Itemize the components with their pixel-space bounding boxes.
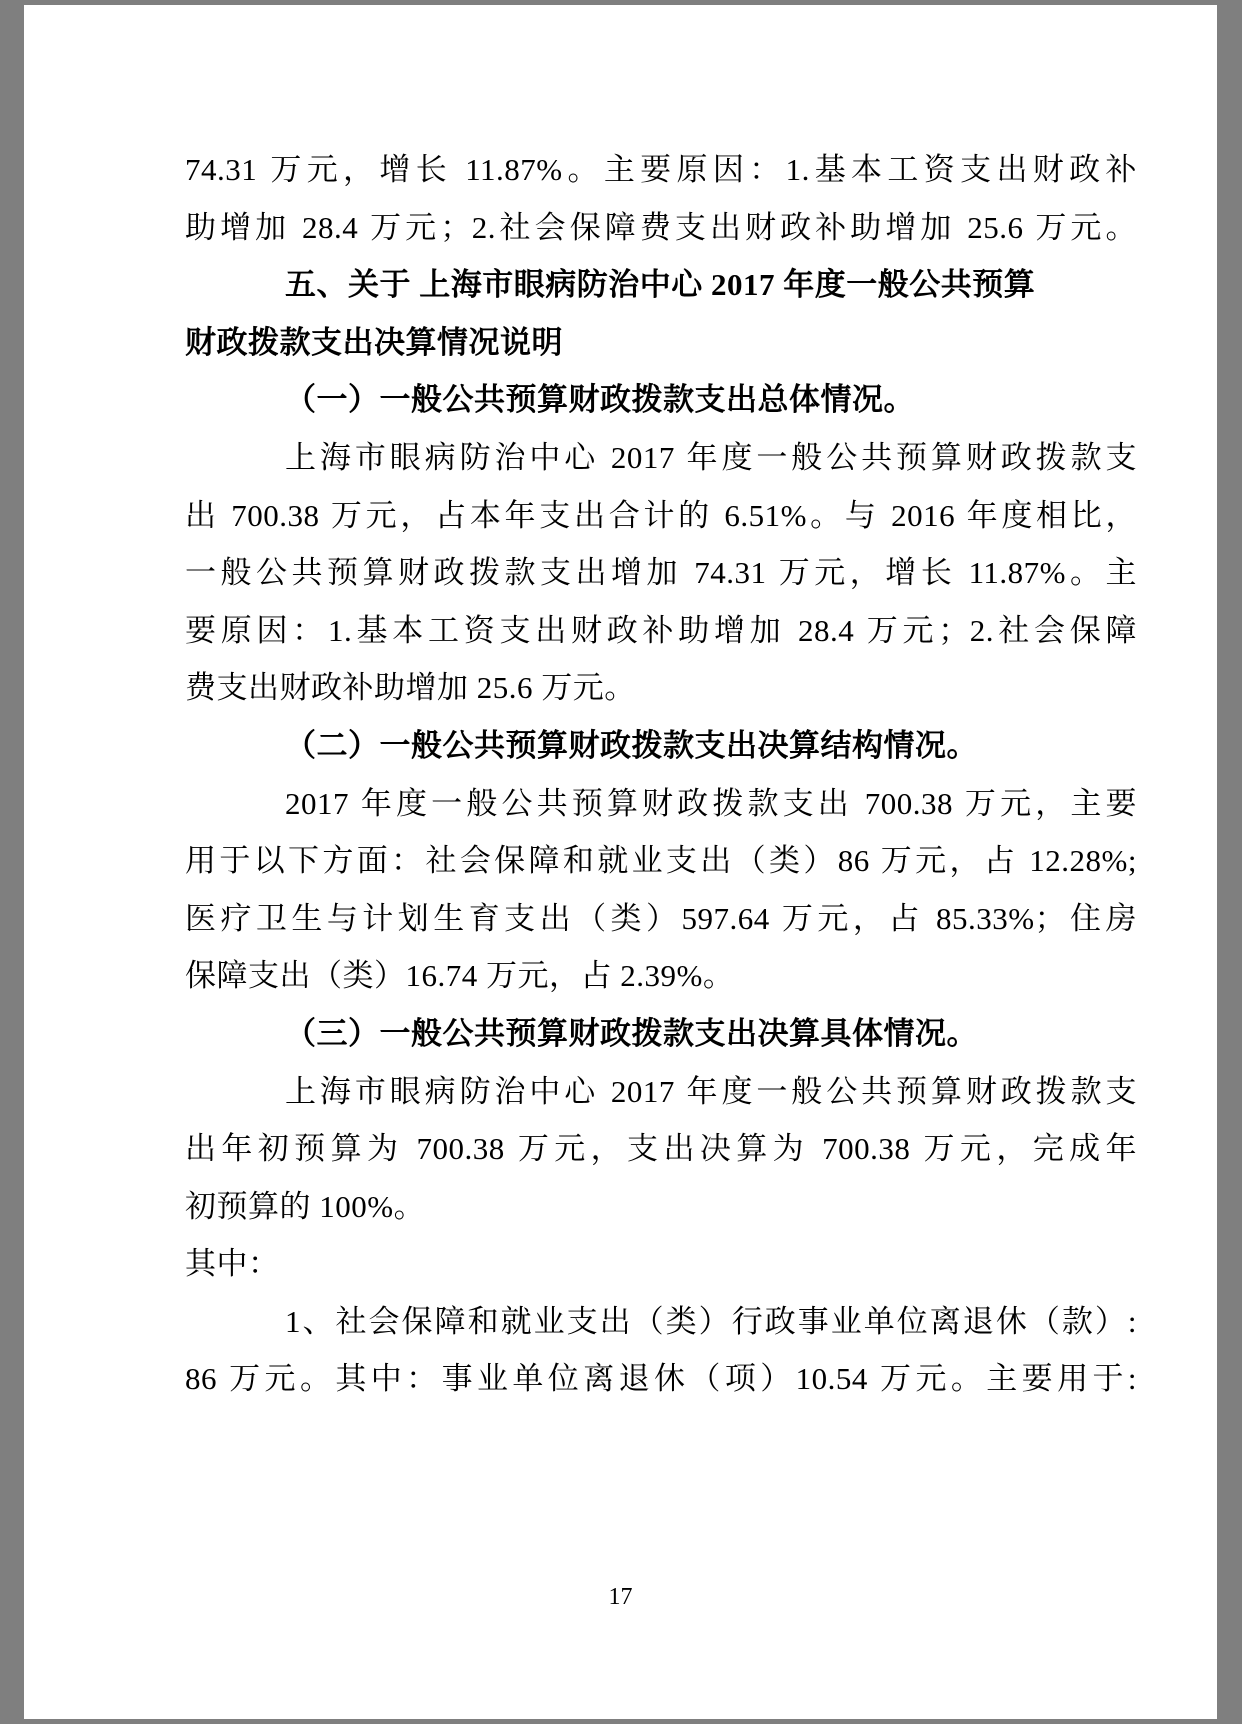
heading-line: 财政拨款支出决算情况说明 bbox=[185, 314, 1137, 372]
text-line: 一般公共预算财政拨款支出增加 74.31 万元，增长 11.87%。主 bbox=[185, 544, 1137, 602]
heading-line: （二）一般公共预算财政拨款支出决算结构情况。 bbox=[185, 717, 1137, 775]
text-line: 保障支出（类）16.74 万元，占 2.39%。 bbox=[185, 947, 1137, 1005]
heading-line: （三）一般公共预算财政拨款支出决算具体情况。 bbox=[185, 1005, 1137, 1063]
text-line: 出 700.38 万元，占本年支出合计的 6.51%。与 2016 年度相比， bbox=[185, 487, 1137, 545]
viewer-background: { "page": { "background_color": "#7f7f7f… bbox=[0, 0, 1242, 1724]
text-line: 86 万元。其中：事业单位离退休（项）10.54 万元。主要用于: bbox=[185, 1350, 1137, 1408]
document-body: 74.31 万元，增长 11.87%。主要原因：1.基本工资支出财政补助增加 2… bbox=[185, 141, 1137, 1408]
text-line: 要原因：1.基本工资支出财政补助增加 28.4 万元；2.社会保障 bbox=[185, 602, 1137, 660]
text-line: 用于以下方面：社会保障和就业支出（类）86 万元，占 12.28%; bbox=[185, 832, 1137, 890]
text-line: 初预算的 100%。 bbox=[185, 1178, 1137, 1236]
text-line: 74.31 万元，增长 11.87%。主要原因：1.基本工资支出财政补 bbox=[185, 141, 1137, 199]
text-line: 其中： bbox=[185, 1235, 1137, 1293]
heading-line: （一）一般公共预算财政拨款支出总体情况。 bbox=[185, 371, 1137, 429]
heading-line: 五、关于 上海市眼病防治中心 2017 年度一般公共预算 bbox=[185, 256, 1137, 314]
text-line: 医疗卫生与计划生育支出（类）597.64 万元，占 85.33%；住房 bbox=[185, 890, 1137, 948]
document-page: 74.31 万元，增长 11.87%。主要原因：1.基本工资支出财政补助增加 2… bbox=[24, 5, 1217, 1719]
text-line: 费支出财政补助增加 25.6 万元。 bbox=[185, 659, 1137, 717]
text-line: 2017 年度一般公共预算财政拨款支出 700.38 万元，主要 bbox=[185, 775, 1137, 833]
text-line: 上海市眼病防治中心 2017 年度一般公共预算财政拨款支 bbox=[185, 1063, 1137, 1121]
page-number: 17 bbox=[24, 1582, 1217, 1612]
text-line: 出年初预算为 700.38 万元，支出决算为 700.38 万元，完成年 bbox=[185, 1120, 1137, 1178]
text-line: 助增加 28.4 万元；2.社会保障费支出财政补助增加 25.6 万元。 bbox=[185, 199, 1137, 257]
text-line: 上海市眼病防治中心 2017 年度一般公共预算财政拨款支 bbox=[185, 429, 1137, 487]
text-line: 1、社会保障和就业支出（类）行政事业单位离退休（款）: bbox=[185, 1293, 1137, 1351]
